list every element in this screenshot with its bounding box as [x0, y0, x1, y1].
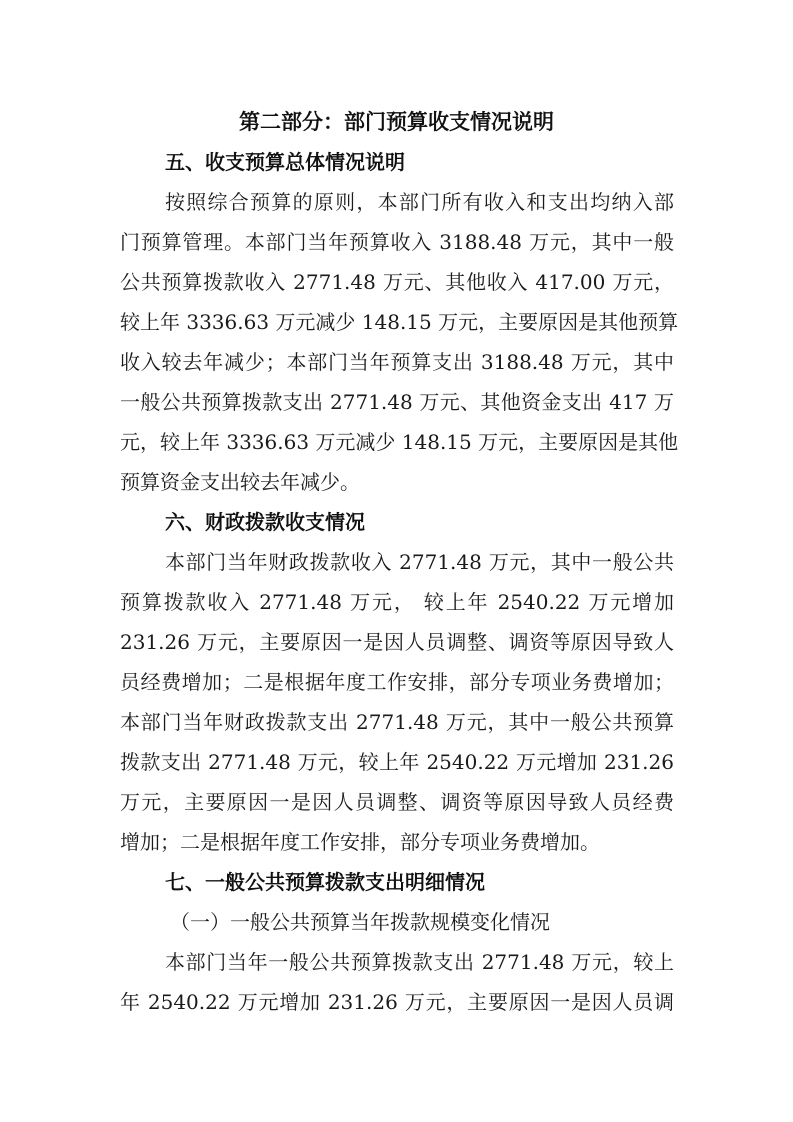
- part-title: 第二部分：部门预算收支情况说明: [0, 108, 793, 136]
- document-page: 第二部分：部门预算收支情况说明 五、收支预算总体情况说明 按照综合预算的原则，本…: [0, 0, 793, 1122]
- section-heading-6: 六、财政拨款收支情况: [165, 508, 365, 536]
- paragraph-line: 本部门当年财政拨款收入 2771.48 万元，其中一般公共: [165, 548, 674, 576]
- paragraph-line: 公共预算拨款收入 2771.48 万元、其他收入 417.00 万元，: [120, 268, 674, 296]
- paragraph-line: 增加；二是根据年度工作安排，部分专项业务费增加。: [120, 828, 674, 856]
- paragraph-line: 元，较上年 3336.63 万元减少 148.15 万元，主要原因是其他: [120, 428, 674, 456]
- subsection-heading: （一）一般公共预算当年拨款规模变化情况: [170, 908, 550, 936]
- paragraph-line: 一般公共预算拨款支出 2771.48 万元、其他资金支出 417 万: [120, 388, 674, 416]
- paragraph-line: 预算资金支出较去年减少。: [120, 468, 674, 496]
- paragraph-line: 本部门当年财政拨款支出 2771.48 万元，其中一般公共预算: [120, 708, 674, 736]
- section-heading-7: 七、一般公共预算拨款支出明细情况: [165, 868, 485, 896]
- paragraph-line: 年 2540.22 万元增加 231.26 万元，主要原因一是因人员调: [120, 988, 674, 1016]
- section-heading-5: 五、收支预算总体情况说明: [165, 148, 405, 176]
- paragraph-line: 231.26 万元，主要原因一是因人员调整、调资等原因导致人: [120, 628, 674, 656]
- paragraph-line: 收入较去年减少；本部门当年预算支出 3188.48 万元，其中: [120, 348, 674, 376]
- paragraph-line: 万元，主要原因一是因人员调整、调资等原因导致人员经费: [120, 788, 674, 816]
- paragraph-line: 本部门当年一般公共预算拨款支出 2771.48 万元，较上: [165, 948, 674, 976]
- paragraph-line: 按照综合预算的原则，本部门所有收入和支出均纳入部: [165, 188, 674, 216]
- paragraph-line: 员经费增加；二是根据年度工作安排，部分专项业务费增加；: [120, 668, 674, 696]
- paragraph-line: 门预算管理。本部门当年预算收入 3188.48 万元，其中一般: [120, 228, 674, 256]
- paragraph-line: 预算拨款收入 2771.48 万元， 较上年 2540.22 万元增加: [120, 588, 674, 616]
- paragraph-line: 拨款支出 2771.48 万元，较上年 2540.22 万元增加 231.26: [120, 748, 674, 776]
- paragraph-line: 较上年 3336.63 万元减少 148.15 万元，主要原因是其他预算: [120, 308, 674, 336]
